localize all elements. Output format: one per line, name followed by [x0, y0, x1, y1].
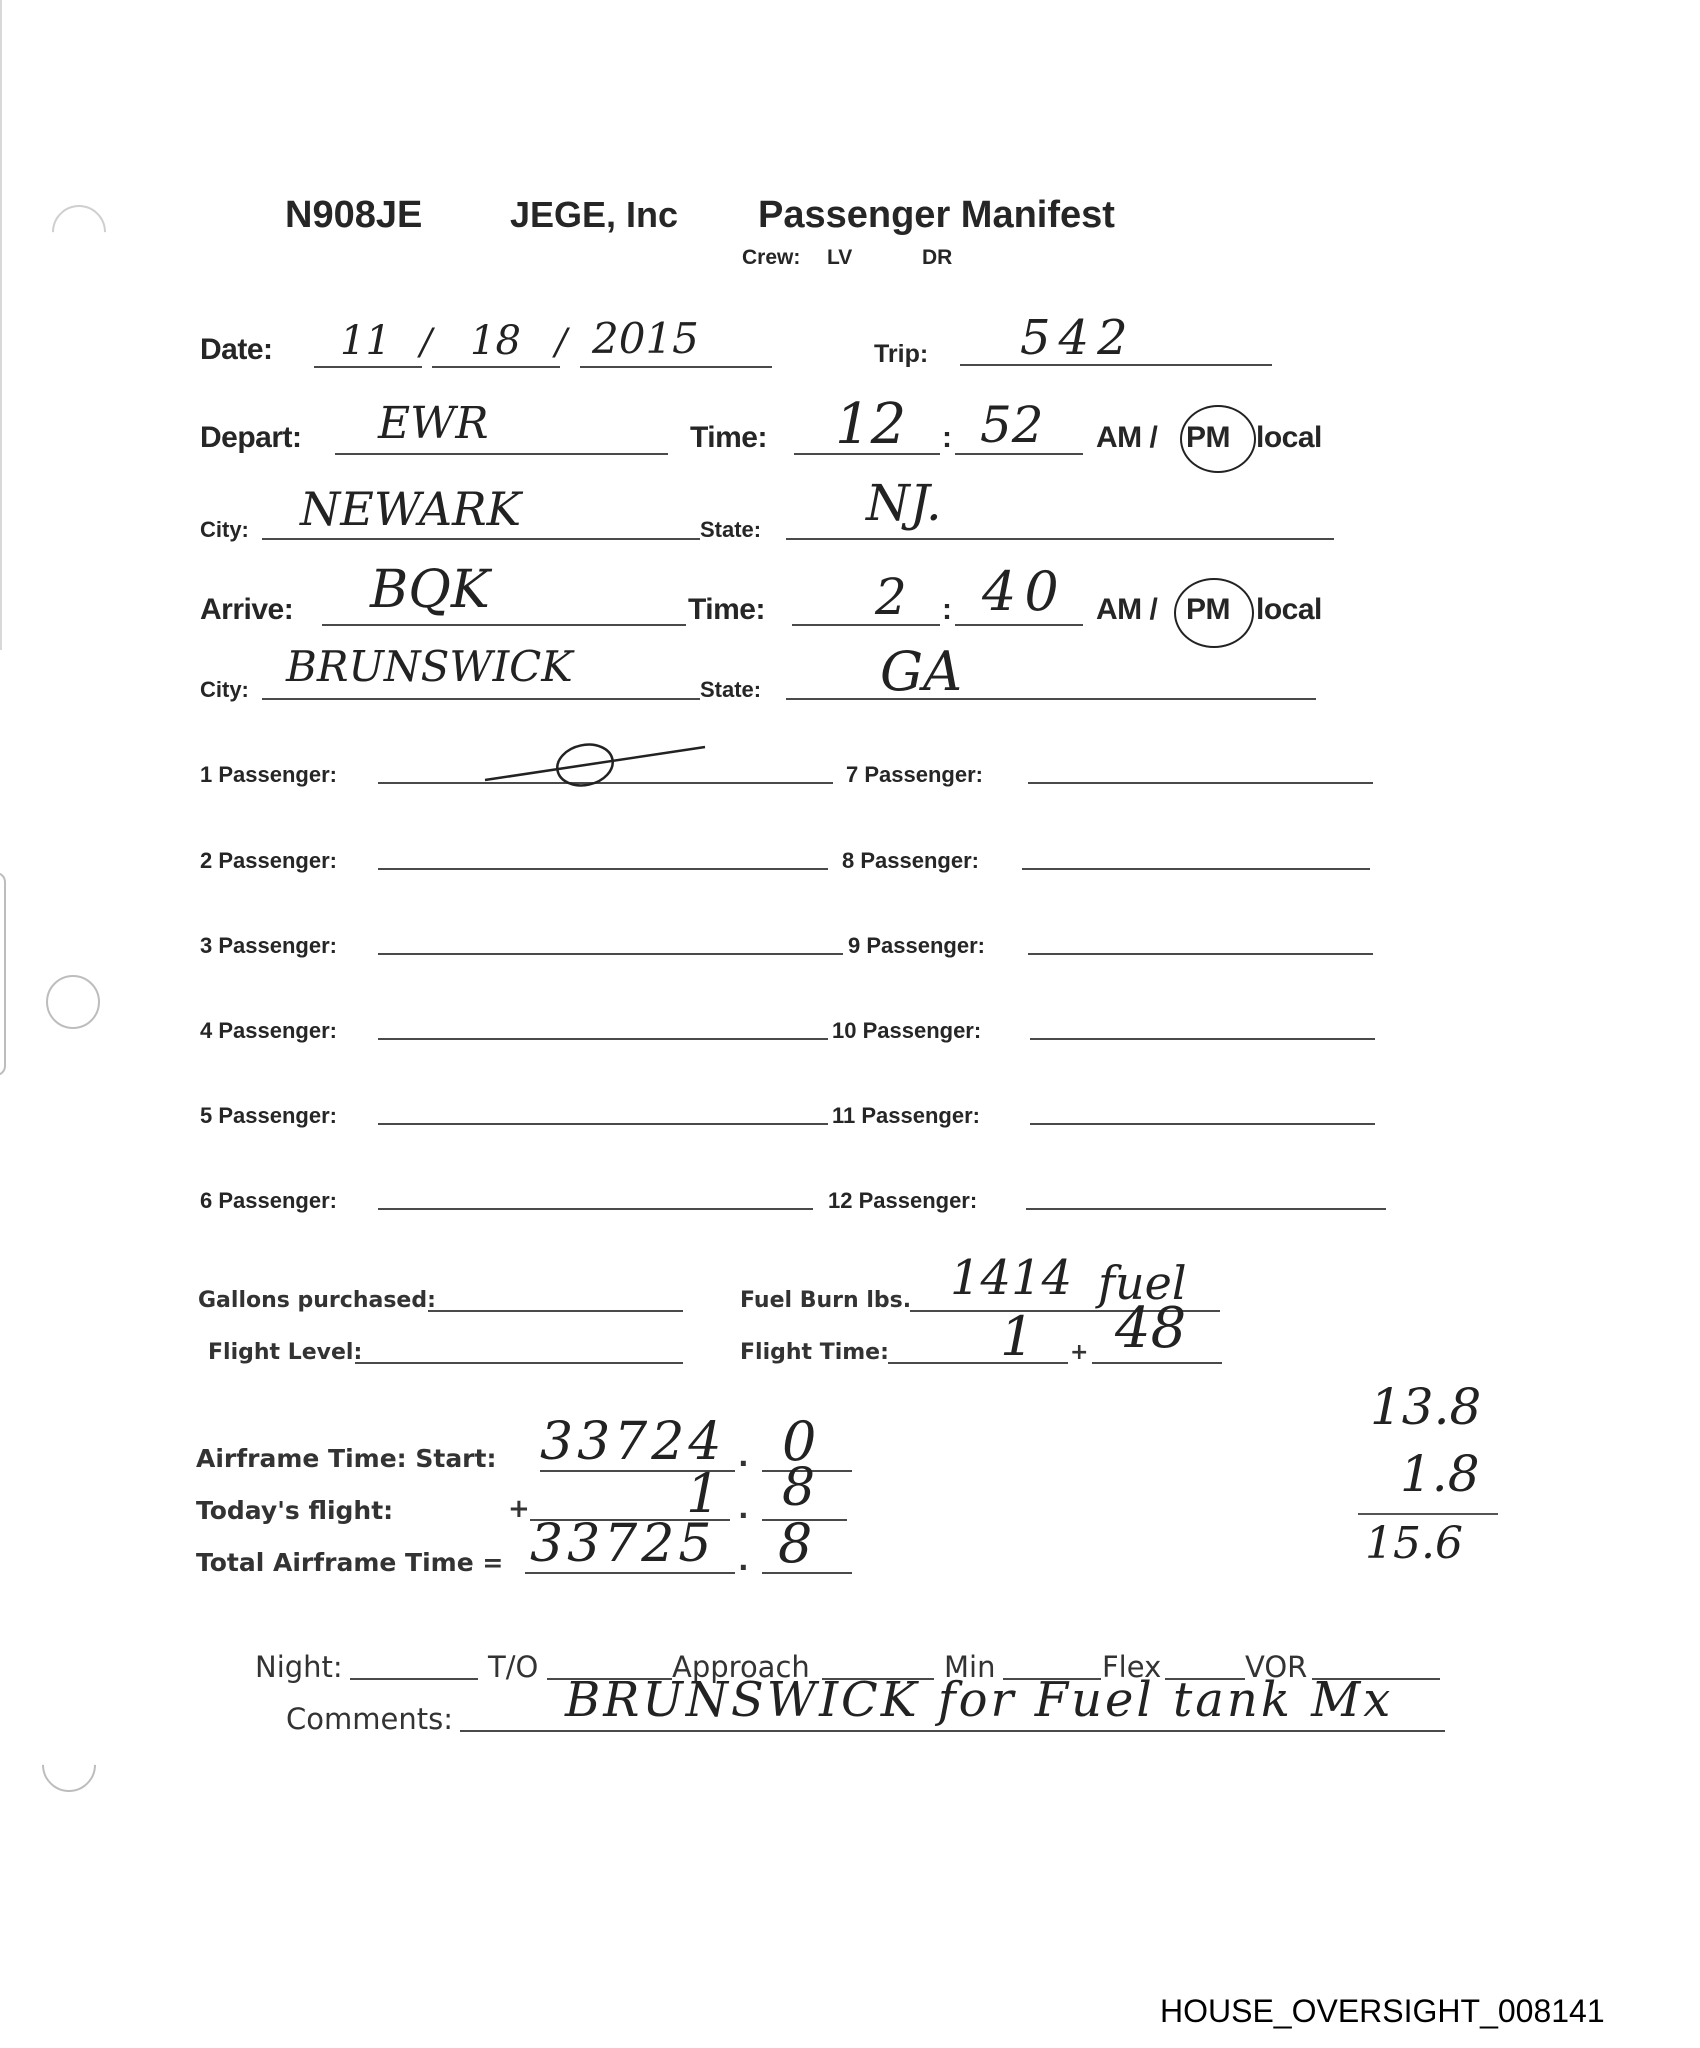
- company-name: JEGE, Inc: [510, 194, 678, 236]
- passenger-7-line[interactable]: [1028, 782, 1373, 784]
- passenger-10-label: 10 Passenger:: [832, 1018, 981, 1044]
- flight-time-hours[interactable]: 1: [1000, 1305, 1034, 1368]
- margin-calc-line-3: 15.6: [1365, 1518, 1463, 1569]
- binder-bracket: [0, 872, 6, 1076]
- date-month-line: [314, 366, 422, 368]
- arrive-pm-selected-circle: [1174, 578, 1254, 648]
- depart-value[interactable]: EWR: [378, 398, 488, 449]
- passenger-3-label: 3 Passenger:: [200, 933, 337, 959]
- depart-city-label: City:: [200, 517, 249, 543]
- total-airframe-tenth[interactable]: 8: [778, 1512, 812, 1575]
- page-left-edge: [0, 0, 2, 650]
- passenger-8-line[interactable]: [1022, 868, 1370, 870]
- fuel-burn-value[interactable]: 1414: [950, 1250, 1072, 1306]
- arrive-city[interactable]: BRUNSWICK: [286, 642, 573, 691]
- arrive-minute-line: [955, 624, 1083, 626]
- arrive-line: [322, 624, 686, 626]
- passenger-2-label: 2 Passenger:: [200, 848, 337, 874]
- passenger-1-strikethrough-mark: [480, 735, 710, 795]
- depart-state-line: [786, 538, 1334, 540]
- passenger-8-label: 8 Passenger:: [842, 848, 979, 874]
- passenger-11-label: 11 Passenger:: [832, 1103, 980, 1129]
- bates-number: HOUSE_OVERSIGHT_008141: [1160, 1993, 1605, 2030]
- tail-number: N908JE: [285, 194, 422, 237]
- passenger-10-line[interactable]: [1030, 1038, 1375, 1040]
- trip-label: Trip:: [874, 340, 928, 369]
- arrive-minute[interactable]: 40: [982, 560, 1067, 623]
- date-sep-2: /: [555, 322, 567, 363]
- arrive-label: Arrive:: [200, 593, 293, 627]
- passenger-4-label: 4 Passenger:: [200, 1018, 337, 1044]
- passenger-3-line[interactable]: [378, 953, 843, 955]
- binder-hole-top: [41, 194, 117, 270]
- passenger-6-label: 6 Passenger:: [200, 1188, 337, 1214]
- passenger-9-line[interactable]: [1028, 953, 1373, 955]
- page-title: Passenger Manifest: [758, 194, 1115, 237]
- date-month[interactable]: 11: [340, 318, 391, 364]
- to-label: T/O: [488, 1650, 538, 1684]
- depart-local-label: local: [1256, 421, 1322, 455]
- todays-flight-dot: .: [738, 1492, 749, 1525]
- passenger-12-label: 12 Passenger:: [828, 1188, 977, 1214]
- total-airframe-label: Total Airframe Time =: [196, 1548, 503, 1577]
- flight-time-label: Flight Time:: [740, 1340, 889, 1365]
- depart-hour[interactable]: 12: [835, 392, 906, 457]
- margin-calc-line-1: 13.8: [1370, 1378, 1481, 1436]
- airframe-start-dot: .: [738, 1440, 749, 1473]
- comments-label: Comments:: [286, 1702, 453, 1736]
- depart-city[interactable]: NEWARK: [300, 482, 521, 536]
- passenger-2-line[interactable]: [378, 868, 828, 870]
- date-label: Date:: [200, 333, 273, 367]
- trip-value[interactable]: 542: [1020, 310, 1136, 366]
- arrive-hour-line: [792, 624, 940, 626]
- passenger-9-label: 9 Passenger:: [848, 933, 985, 959]
- date-day[interactable]: 18: [470, 318, 521, 364]
- arrive-state[interactable]: GA: [880, 640, 962, 703]
- gallons-purchased-line[interactable]: [428, 1310, 683, 1312]
- passenger-6-line[interactable]: [378, 1208, 813, 1210]
- passenger-7-label: 7 Passenger:: [846, 762, 983, 788]
- todays-flight-label: Today's flight:: [196, 1496, 393, 1525]
- date-day-line: [432, 366, 560, 368]
- flight-time-hours-line[interactable]: [888, 1362, 1068, 1364]
- passenger-5-label: 5 Passenger:: [200, 1103, 337, 1129]
- arrive-city-line: [262, 698, 700, 700]
- depart-pm-selected-circle: [1180, 405, 1256, 473]
- fuel-burn-label: Fuel Burn lbs.: [740, 1288, 911, 1313]
- flight-time-plus: +: [1070, 1340, 1088, 1365]
- flight-level-line[interactable]: [355, 1362, 683, 1364]
- airframe-start-label: Airframe Time: Start:: [196, 1444, 496, 1473]
- passenger-12-line[interactable]: [1026, 1208, 1386, 1210]
- comments-value[interactable]: BRUNSWICK for Fuel tank Mx: [565, 1672, 1393, 1728]
- date-year-line: [580, 366, 772, 368]
- depart-am-option[interactable]: AM /: [1096, 421, 1157, 455]
- date-sep-1: /: [420, 322, 432, 363]
- arrive-am-option[interactable]: AM /: [1096, 593, 1157, 627]
- flight-level-label: Flight Level:: [208, 1340, 362, 1365]
- depart-time-label: Time:: [690, 421, 767, 455]
- passenger-5-line[interactable]: [378, 1123, 828, 1125]
- arrive-state-line: [786, 698, 1316, 700]
- passenger-4-line[interactable]: [378, 1038, 828, 1040]
- arrive-state-label: State:: [700, 677, 761, 703]
- binder-hole-middle: [46, 975, 100, 1029]
- arrive-city-label: City:: [200, 677, 249, 703]
- crew-label: Crew:: [742, 246, 800, 270]
- arrive-hour[interactable]: 2: [875, 568, 907, 626]
- depart-state-label: State:: [700, 517, 761, 543]
- arrive-colon: :: [942, 593, 952, 627]
- arrive-time-label: Time:: [688, 593, 765, 627]
- todays-flight-plus: +: [508, 1494, 530, 1524]
- depart-state[interactable]: NJ.: [866, 474, 942, 532]
- binder-hole-bottom: [31, 1727, 107, 1803]
- passenger-11-line[interactable]: [1030, 1123, 1375, 1125]
- gallons-purchased-label: Gallons purchased:: [198, 1288, 436, 1313]
- flight-time-minutes-line[interactable]: [1092, 1362, 1222, 1364]
- depart-line: [335, 453, 668, 455]
- todays-flight-tenth[interactable]: 8: [782, 1458, 815, 1518]
- flight-time-minutes[interactable]: 48: [1115, 1296, 1186, 1361]
- margin-calc-rule: [1358, 1513, 1498, 1515]
- night-line[interactable]: [350, 1678, 478, 1680]
- night-label: Night:: [255, 1650, 343, 1684]
- depart-colon: :: [942, 421, 952, 455]
- total-airframe-whole[interactable]: 33725: [530, 1514, 715, 1574]
- depart-city-line: [262, 538, 700, 540]
- arrive-value[interactable]: BQK: [370, 560, 490, 620]
- depart-minute[interactable]: 52: [980, 396, 1044, 454]
- arrive-local-label: local: [1256, 593, 1322, 627]
- comments-line[interactable]: [460, 1730, 1445, 1732]
- date-year[interactable]: 2015: [592, 314, 699, 363]
- total-airframe-dot: .: [738, 1544, 749, 1577]
- crew-2: DR: [922, 246, 952, 270]
- passenger-1-label: 1 Passenger:: [200, 762, 337, 788]
- margin-calc-line-2: 1.8: [1400, 1445, 1480, 1503]
- depart-label: Depart:: [200, 421, 302, 455]
- crew-1: LV: [827, 246, 852, 270]
